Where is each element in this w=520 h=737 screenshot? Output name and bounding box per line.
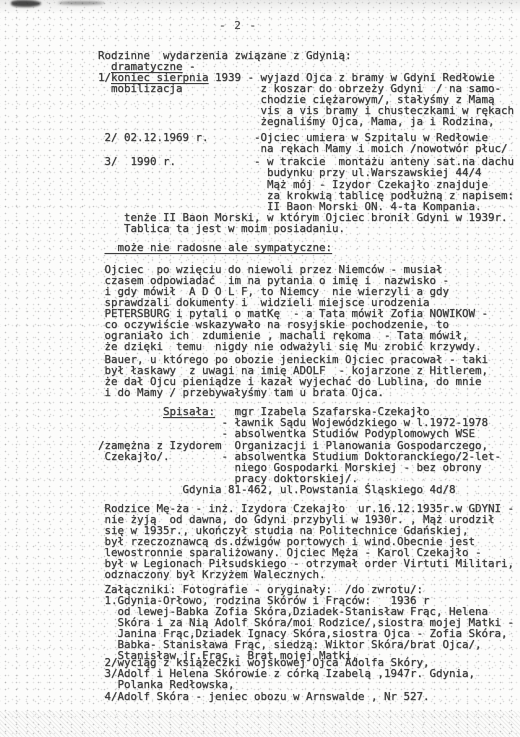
underlined-text: __może nie radosne ale sympatyczne: [105,241,333,254]
document-line: Gdynia 81-462, ul.Powstania Śląskiego 4d… [98,484,518,495]
scan-artifact-smudge [11,0,41,7]
document-line: Tablica ta jest w moim posiadaniu. [98,223,518,234]
text: odznaczony był Krzyżem Walecznych. [98,568,326,581]
document-line: 4/Adolf Skóra - jeniec obozu w Arnswalde… [98,691,518,702]
document-line: __może nie radosne ale sympatyczne: [98,242,518,253]
text: że dzięki temu nigdy nie odważyli się Mu… [98,340,482,353]
text: żegnaliśmy Ojca, Mama, ja i Rodzina, [98,115,495,128]
document-body: Rodzinne wydarzenia związane z Gdynią: d… [98,50,518,702]
page-number: - 2 - [219,19,257,32]
document-line: odznaczony był Krzyżem Walecznych. [98,569,518,580]
scan-artifact-smudge [58,1,104,5]
text: i do Mamy / przebywałyśmy tam u brata Oj… [98,386,384,399]
text: Gdynia 81-462, ul.Powstania Śląskiego 4d… [98,483,456,496]
text: Tablica ta jest w moim posiadaniu. [98,222,345,235]
document-line: żegnaliśmy Ojca, Mama, ja i Rodzina, [98,116,518,127]
text: 4/Adolf Skóra - jeniec obozu w Arnswalde… [98,690,430,703]
scanned-page: - 2 - Rodzinne wydarzenia związane z Gdy… [0,0,520,737]
document-line: i do Mamy / przebywałyśmy tam u brata Oj… [98,387,518,398]
document-line: na rękach Mamy i moich /nowotwór płuc/ [98,143,518,154]
text: na rękach Mamy i moich /nowotwór płuc/ [98,142,508,155]
document-line: że dzięki temu nigdy nie odważyli się Mu… [98,341,518,352]
